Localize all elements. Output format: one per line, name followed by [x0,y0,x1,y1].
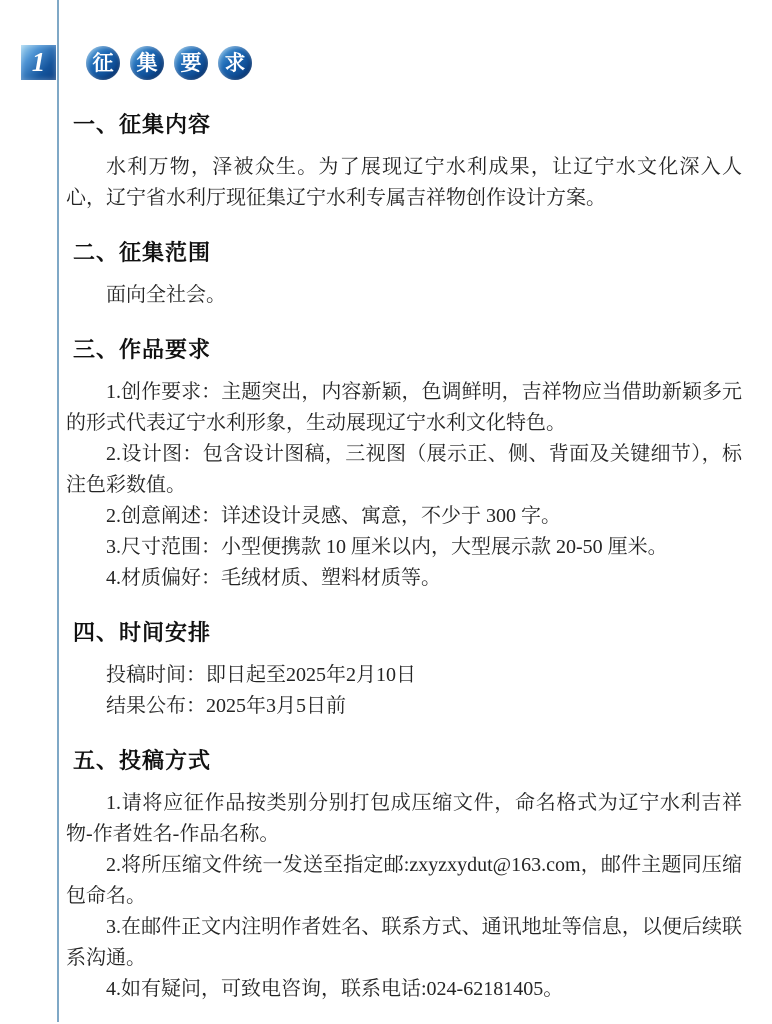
paragraph: 3.在邮件正文内注明作者姓名、联系方式、通讯地址等信息，以便后续联系沟通。 [66,912,742,974]
header-circle-zheng: 征 [86,46,120,80]
section-title: 三、作品要求 [66,337,742,363]
section-work-requirements: 三、作品要求 1.创作要求：主题突出，内容新颖，色调鲜明，吉祥物应当借助新颖多元… [66,337,742,594]
left-divider-line [57,0,59,1022]
paragraph: 2.创意阐述：详述设计灵感、寓意，不少于 300 字。 [66,501,742,532]
paragraph: 1.创作要求：主题突出，内容新颖，色调鲜明，吉祥物应当借助新颖多元的形式代表辽宁… [66,377,742,439]
paragraph: 2.设计图：包含设计图稿，三视图（展示正、侧、背面及关键细节），标注色彩数值。 [66,439,742,501]
paragraph: 4.材质偏好：毛绒材质、塑料材质等。 [66,563,742,594]
paragraph: 结果公布：2025年3月5日前 [66,691,742,722]
section-title: 四、时间安排 [66,620,742,646]
paragraph: 水利万物，泽被众生。为了展现辽宁水利成果，让辽宁水文化深入人心，辽宁省水利厅现征… [66,152,742,214]
page-header: 1 征 集 要 求 [21,45,252,80]
section-title: 二、征集范围 [66,240,742,266]
paragraph: 3.尺寸范围：小型便携款 10 厘米以内，大型展示款 20-50 厘米。 [66,532,742,563]
header-circle-yao: 要 [174,46,208,80]
section-title: 一、征集内容 [66,112,742,138]
paragraph: 面向全社会。 [66,280,742,311]
header-circle-qiu: 求 [218,46,252,80]
section-collection-scope: 二、征集范围 面向全社会。 [66,240,742,311]
header-title-circles: 征 集 要 求 [86,46,252,80]
paragraph: 4.如有疑问，可致电咨询，联系电话:024-62181405。 [66,974,742,1005]
section-number: 1 [32,47,46,77]
section-number-badge: 1 [21,45,56,80]
page-container: 1 征 集 要 求 一、征集内容 水利万物，泽被众生。为了展现辽宁水利成果，让辽… [0,0,772,1024]
paragraph: 投稿时间：即日起至2025年2月10日 [66,660,742,691]
header-circle-ji: 集 [130,46,164,80]
document-body: 一、征集内容 水利万物，泽被众生。为了展现辽宁水利成果，让辽宁水文化深入人心，辽… [66,112,742,1024]
section-collection-content: 一、征集内容 水利万物，泽被众生。为了展现辽宁水利成果，让辽宁水文化深入人心，辽… [66,112,742,214]
section-title: 五、投稿方式 [66,748,742,774]
paragraph: 1.请将应征作品按类别分别打包成压缩文件，命名格式为辽宁水利吉祥物-作者姓名-作… [66,788,742,850]
paragraph: 2.将所压缩文件统一发送至指定邮:zxyzxydut@163.com，邮件主题同… [66,850,742,912]
section-submission-method: 五、投稿方式 1.请将应征作品按类别分别打包成压缩文件，命名格式为辽宁水利吉祥物… [66,748,742,1005]
section-schedule: 四、时间安排 投稿时间：即日起至2025年2月10日 结果公布：2025年3月5… [66,620,742,722]
